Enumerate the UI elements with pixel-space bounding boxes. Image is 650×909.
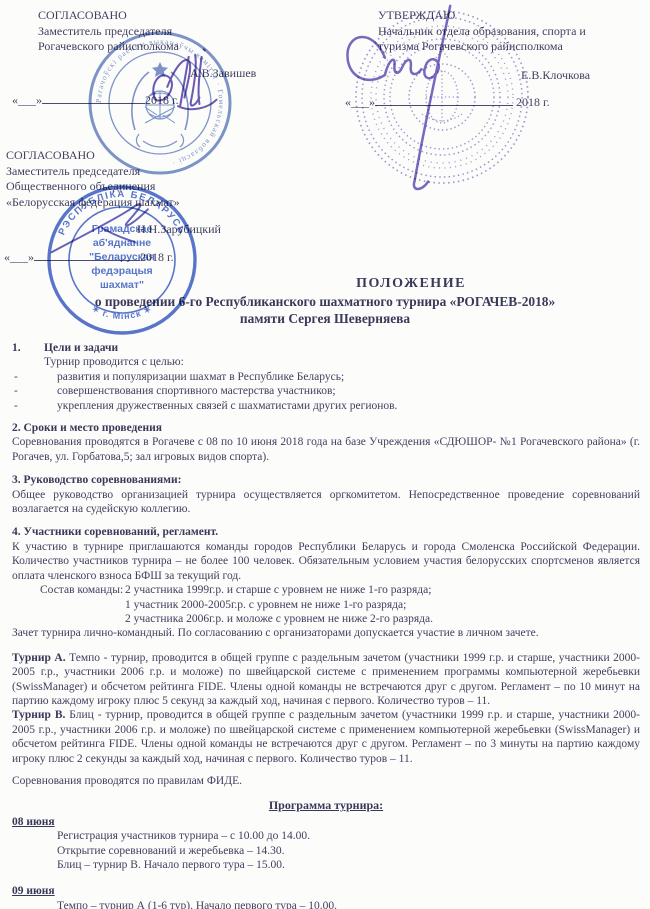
signature-zavishev-icon	[138, 44, 233, 119]
tournament-b-text: Блиц - турнир, проводится в общей группе…	[12, 709, 640, 764]
bullet-text: укрепления дружественных связей с шахмат…	[57, 400, 397, 412]
program-item: Открытие соревнований и жеребьевка – 14.…	[12, 844, 640, 858]
section4-body: К участию в турнире приглашаются команды…	[12, 540, 640, 583]
program-day2-date: 09 июня	[12, 884, 640, 898]
date-quote: «___»	[4, 250, 34, 264]
program-item: Регистрация участников турнира – с 10.00…	[12, 829, 640, 843]
program-item: Блиц – турнир В. Начало первого тура – 1…	[12, 858, 640, 872]
section1-number: 1.	[12, 341, 44, 355]
section4-after: Зачет турнира лично-командный. По соглас…	[12, 626, 640, 640]
program-item: Темпо – турнир А (1-6 тур). Начало перво…	[12, 899, 640, 909]
list-item: -развития и популяризации шахмат в Респу…	[12, 370, 640, 384]
section4-heading: 4. Участники соревнований, регламент.	[12, 525, 640, 539]
date-quote: «___»	[12, 93, 42, 107]
section3-heading: 3. Руководство соревнованиями:	[12, 473, 640, 487]
list-item: -укрепления дружественных связей с шахма…	[12, 399, 640, 413]
program-day1-date: 08 июня	[12, 815, 640, 829]
section1-title: Цели и задачи	[44, 342, 118, 354]
signature-klochkova-icon	[332, 2, 482, 194]
document-body: 1.Цели и задачи Турнир проводится с цель…	[12, 341, 640, 909]
section2-body: Соревнования проводятся в Рогачеве с 08 …	[12, 435, 640, 464]
signature-zarubitsky-icon	[48, 194, 160, 260]
svg-text:федэрацыя: федэрацыя	[91, 265, 152, 277]
rules-note: Соревнования проводятся по правилам ФИДЕ…	[12, 774, 640, 788]
section2-heading: 2. Сроки и место проведения	[12, 421, 640, 435]
team-composition-row: Состав команды:2 участника 1999г.р. и ст…	[12, 583, 640, 597]
bullet-text: развития и популяризации шахмат в Респуб…	[57, 371, 344, 383]
svg-text:шахмат": шахмат"	[100, 279, 144, 291]
section1-heading: 1.Цели и задачи	[12, 341, 640, 355]
agreed1-label: СОГЛАСОВАНО	[38, 8, 179, 24]
team-line: 2 участника 1999г.р. и старше с уровнем …	[125, 584, 431, 596]
tournament-a-paragraph: Турнир А. Темпо - турнир, проводится в о…	[12, 651, 640, 709]
document-page: Рагачоўскі раённы выканаўчы камітэт · Го…	[0, 0, 650, 909]
team-line: 2 участника 2006г.р. и моложе с уровнем …	[12, 612, 640, 626]
program-title: Программа турнира:	[12, 798, 640, 812]
bullet-marker: -	[14, 370, 18, 384]
bullet-marker: -	[14, 399, 18, 413]
tournament-a-label: Турнир А.	[12, 652, 66, 664]
bullet-marker: -	[14, 384, 18, 398]
section1-intro: Турнир проводится с целью:	[12, 355, 640, 369]
tournament-b-paragraph: Турнир В. Блиц - турнир, проводится в об…	[12, 708, 640, 766]
list-item: -совершенствования спортивного мастерств…	[12, 384, 640, 398]
bullet-text: совершенствования спортивного мастерства…	[57, 385, 336, 397]
tournament-b-label: Турнир В.	[12, 709, 65, 721]
team-line: 1 участник 2000-2005г.р. с уровнем не ни…	[12, 598, 640, 612]
team-label: Состав команды:	[40, 583, 125, 597]
svg-text:✶ г. Мінск ✶: ✶ г. Мінск ✶	[90, 303, 154, 321]
tournament-a-text: Темпо - турнир, проводится в общей групп…	[12, 652, 640, 707]
section3-body: Общее руководство организацией турнира о…	[12, 488, 640, 517]
